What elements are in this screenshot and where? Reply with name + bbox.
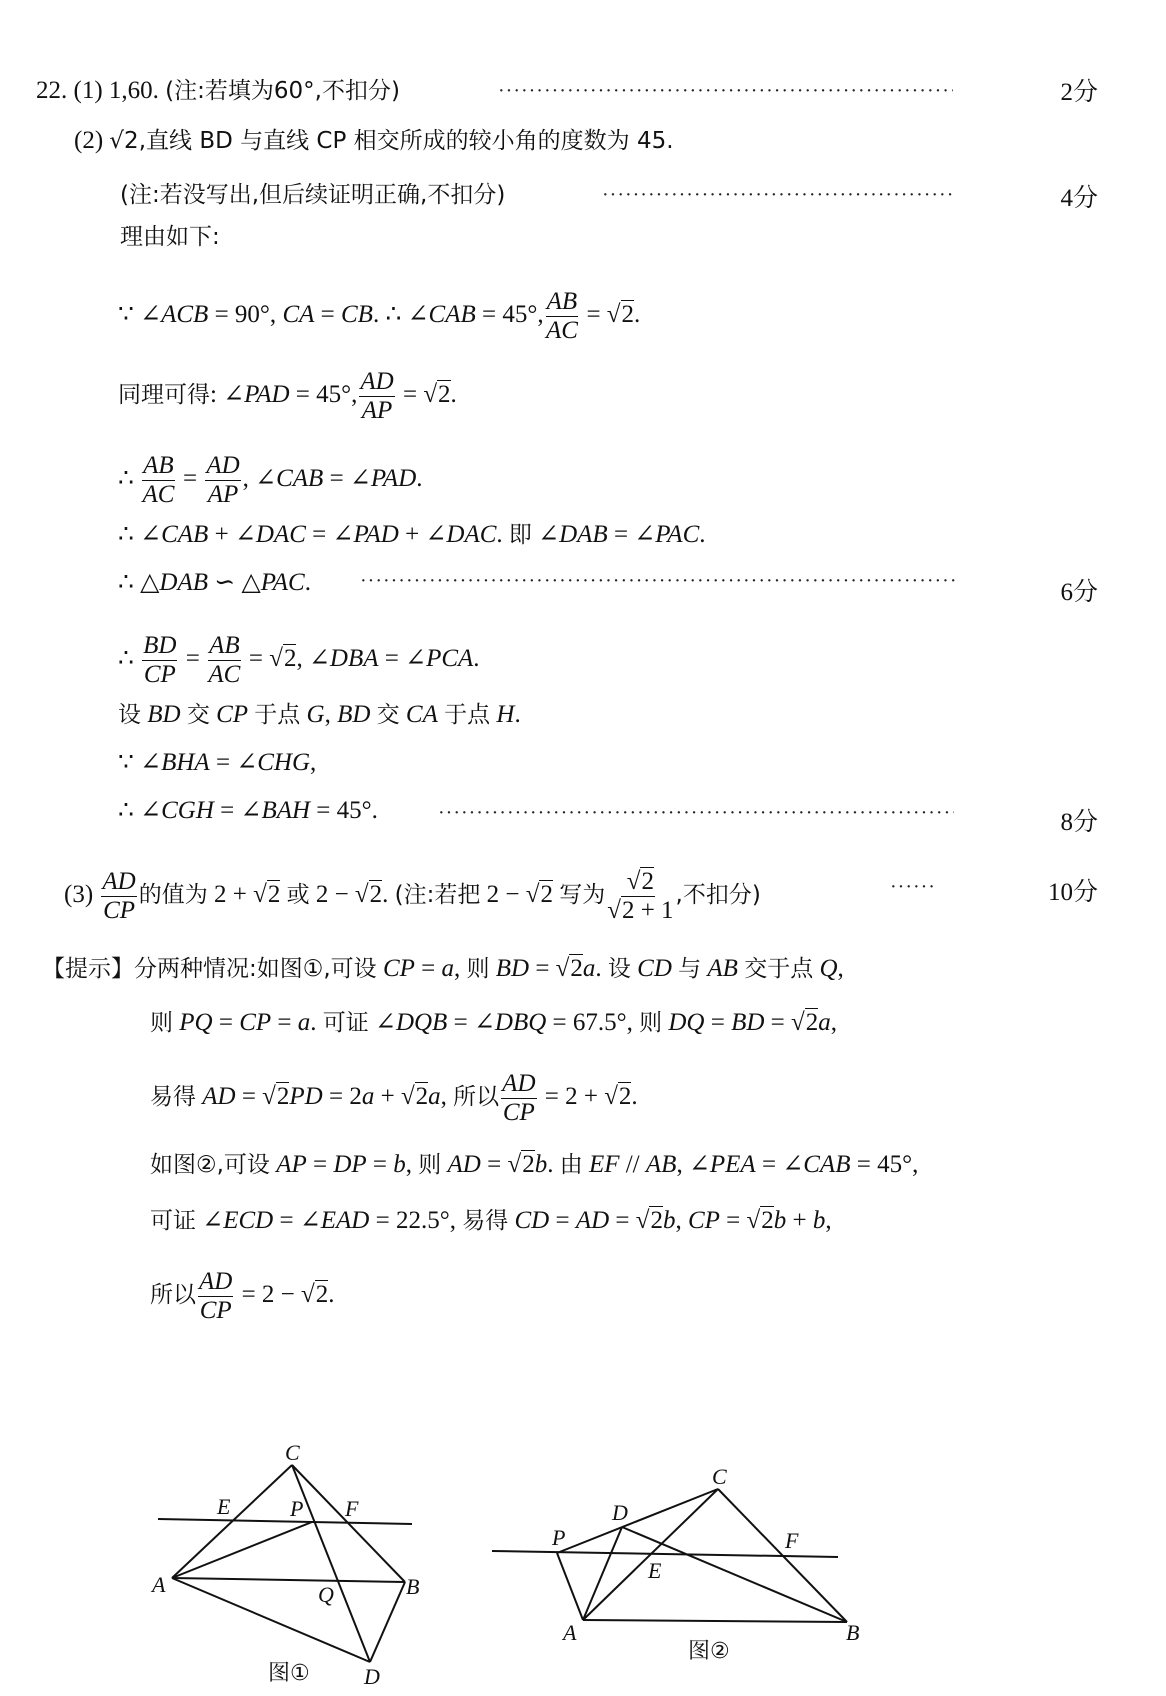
score-4: 4分 bbox=[1060, 184, 1098, 214]
step-2: 同理可得: ∠PAD = 45°,ADAP = √2. bbox=[118, 368, 457, 425]
figure-2 bbox=[492, 1489, 847, 1622]
score-6: 6分 bbox=[1060, 578, 1098, 608]
leader-dots: ········································… bbox=[438, 798, 954, 828]
step-6: ∴ BDCP = ABAC = √2, ∠DBA = ∠PCA. bbox=[118, 632, 480, 689]
svg-text:C: C bbox=[712, 1464, 727, 1489]
reason-intro: 理由如下: bbox=[120, 222, 220, 252]
part1-label: (1) bbox=[74, 77, 103, 104]
step-1: ∵ ∠ACB = 90°, CA = CB. ∴ ∠CAB = 45°,ABAC… bbox=[118, 288, 640, 345]
svg-text:A: A bbox=[150, 1572, 166, 1597]
step-4: ∴ ∠CAB + ∠DAC = ∠PAD + ∠DAC. 即 ∠DAB = ∠P… bbox=[118, 520, 706, 550]
part2-label: (2) bbox=[74, 127, 103, 154]
hint-line-5: 可证 ∠ECD = ∠EAD = 22.5°, 易得 CD = AD = √2b… bbox=[150, 1206, 832, 1236]
part3-line: (3) ADCP的值为 2 + √2 或 2 − √2. (注:若把 2 − √… bbox=[64, 868, 761, 925]
part1-note: (注:若填为60°,不扣分) bbox=[165, 78, 400, 104]
hint-line-4: 如图②,可设 AP = DP = b, 则 AD = √2b. 由 EF // … bbox=[150, 1150, 918, 1180]
step-8: ∵ ∠BHA = ∠CHG, bbox=[118, 748, 316, 778]
hint-label: 【提示】 bbox=[42, 956, 134, 982]
part1-answer: 1,60. bbox=[109, 77, 159, 104]
svg-text:D: D bbox=[611, 1500, 628, 1525]
leader-dots: ········································… bbox=[360, 566, 955, 596]
figure-1-caption: 图① bbox=[268, 1656, 310, 1687]
svg-text:E: E bbox=[216, 1494, 231, 1519]
hint-line-3: 易得 AD = √2PD = 2a + √2a, 所以ADCP = 2 + √2… bbox=[150, 1070, 638, 1127]
svg-text:P: P bbox=[551, 1525, 565, 1550]
figure-diagrams: C E P F A B Q D C D P E F A B bbox=[0, 0, 1166, 1696]
leader-dots: ······ bbox=[890, 872, 950, 902]
figure-1 bbox=[158, 1465, 412, 1662]
svg-text:C: C bbox=[285, 1440, 300, 1465]
step-5: ∴ △DAB ∽ △PAC. bbox=[118, 568, 311, 598]
svg-text:E: E bbox=[647, 1558, 662, 1583]
part1-line: 22. (1) 1,60. (注:若填为60°,不扣分) bbox=[36, 76, 400, 106]
score-8: 8分 bbox=[1060, 808, 1098, 838]
step-9: ∴ ∠CGH = ∠BAH = 45°. bbox=[118, 796, 378, 826]
leader-dots: ········································… bbox=[498, 76, 953, 106]
score-2: 2分 bbox=[1060, 78, 1098, 108]
hint-line-6: 所以ADCP = 2 − √2. bbox=[150, 1268, 335, 1325]
hint-line-1: 【提示】分两种情况:如图①,可设 CP = a, 则 BD = √2a. 设 C… bbox=[42, 954, 844, 984]
part2-line: (2) √2,直线 BD 与直线 CP 相交所成的较小角的度数为 45. bbox=[74, 126, 674, 156]
leader-dots: ········································… bbox=[602, 180, 954, 210]
part2-answer: √2,直线 BD 与直线 CP 相交所成的较小角的度数为 45. bbox=[109, 128, 673, 154]
problem-number: 22. bbox=[36, 77, 67, 104]
svg-text:F: F bbox=[784, 1528, 799, 1553]
svg-text:P: P bbox=[289, 1496, 303, 1521]
part2-note: (注:若没写出,但后续证明正确,不扣分) bbox=[120, 180, 505, 210]
svg-text:B: B bbox=[846, 1620, 859, 1645]
svg-text:Q: Q bbox=[318, 1582, 334, 1607]
svg-text:D: D bbox=[363, 1664, 380, 1689]
score-10: 10分 bbox=[1048, 878, 1098, 908]
step-3: ∴ ABAC = ADAP, ∠CAB = ∠PAD. bbox=[118, 452, 423, 509]
svg-text:F: F bbox=[344, 1496, 359, 1521]
svg-text:B: B bbox=[406, 1574, 419, 1599]
part3-label: (3) bbox=[64, 881, 93, 908]
figure-2-caption: 图② bbox=[688, 1634, 730, 1665]
svg-text:A: A bbox=[561, 1620, 577, 1645]
hint-line-2: 则 PQ = CP = a. 可证 ∠DQB = ∠DBQ = 67.5°, 则… bbox=[150, 1008, 837, 1038]
step-7: 设 BD 交 CP 于点 G, BD 交 CA 于点 H. bbox=[118, 700, 521, 730]
